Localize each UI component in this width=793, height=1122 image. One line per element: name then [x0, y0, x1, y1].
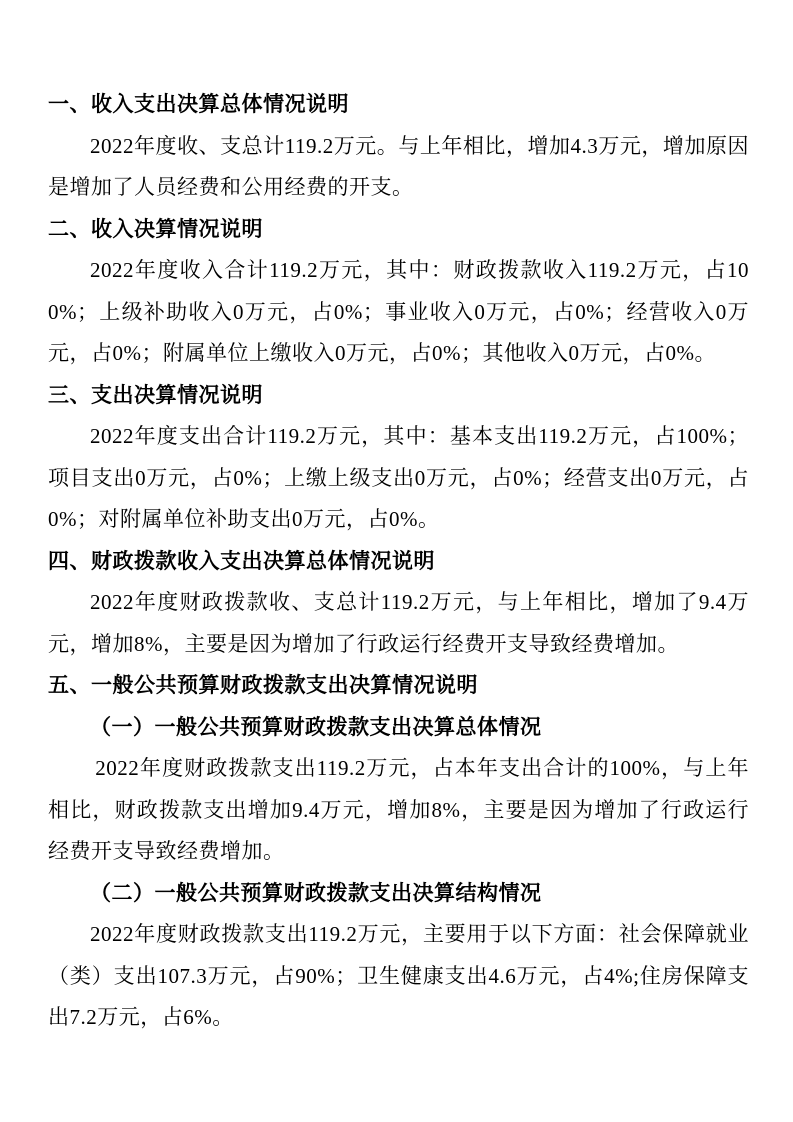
subsection-heading-general-budget-structure: （二）一般公共预算财政拨款支出决算结构情况 [48, 873, 749, 915]
section-heading-expenditure-accounts: 三、支出决算情况说明 [48, 375, 749, 417]
paragraph-income-accounts: 2022年度收入合计119.2万元，其中：财政拨款收入119.2万元，占100%… [48, 250, 749, 375]
paragraph-income-expenditure-overview: 2022年度收、支总计119.2万元。与上年相比，增加4.3万元，增加原因是增加… [48, 126, 749, 209]
subsection-heading-general-budget-overall: （一）一般公共预算财政拨款支出决算总体情况 [48, 707, 749, 749]
section-heading-income-expenditure-overview: 一、收入支出决算总体情况说明 [48, 84, 749, 126]
section-heading-fiscal-appropriation-overview: 四、财政拨款收入支出决算总体情况说明 [48, 541, 749, 583]
paragraph-general-budget-overall: 2022年度财政拨款支出119.2万元，占本年支出合计的100%，与上年相比，财… [48, 748, 749, 873]
paragraph-general-budget-structure: 2022年度财政拨款支出119.2万元，主要用于以下方面：社会保障就业（类）支出… [48, 914, 749, 1039]
paragraph-expenditure-accounts: 2022年度支出合计119.2万元，其中：基本支出119.2万元，占100%；项… [48, 416, 749, 541]
paragraph-fiscal-appropriation-overview: 2022年度财政拨款收、支总计119.2万元，与上年相比，增加了9.4万元，增加… [48, 582, 749, 665]
section-heading-income-accounts: 二、收入决算情况说明 [48, 209, 749, 251]
document-content: 一、收入支出决算总体情况说明 2022年度收、支总计119.2万元。与上年相比，… [48, 84, 749, 1039]
section-heading-general-public-budget-expenditure: 五、一般公共预算财政拨款支出决算情况说明 [48, 665, 749, 707]
document-page: 一、收入支出决算总体情况说明 2022年度收、支总计119.2万元。与上年相比，… [0, 0, 793, 1122]
